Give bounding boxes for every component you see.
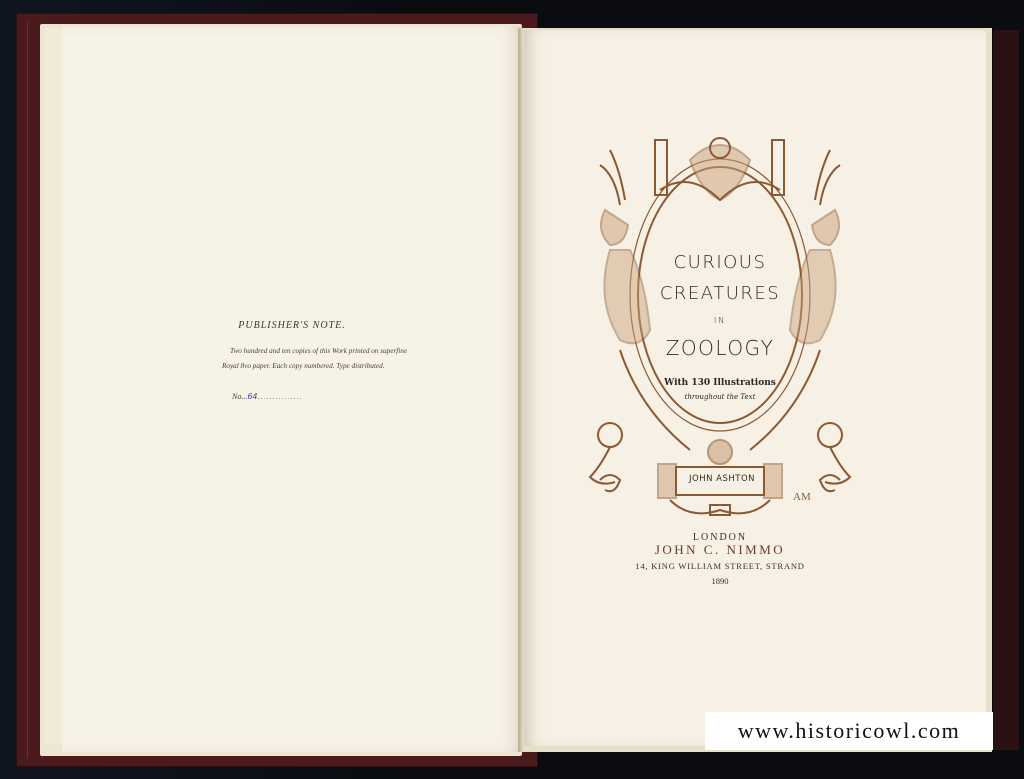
book-cover-right [990, 30, 1019, 750]
copy-number-handwritten: 64 [247, 392, 257, 401]
publishers-note-line1: Two hundred and ten copies of this Work … [222, 344, 462, 359]
title-line-3: IN [640, 316, 800, 325]
imprint-address: 14, KING WILLIAM STREET, STRAND [600, 561, 840, 571]
imprint-publisher: JOHN C. NIMMO [600, 542, 840, 558]
copy-number-label: No... [232, 392, 247, 401]
watermark: www.historicowl.com [705, 712, 993, 750]
publishers-note-heading: PUBLISHER'S NOTE. [62, 320, 522, 331]
title-line-1: CURIOUS [640, 252, 800, 273]
publishers-note-line2: Royal 8vo paper. Each copy numbered. Typ… [222, 359, 462, 374]
left-page [62, 26, 522, 752]
copy-number-dots: ............... [258, 392, 303, 401]
author-name: JOHN ASHTON [676, 474, 768, 484]
subtitle-line-1: With 130 Illustrations [640, 378, 800, 388]
flyleaf [44, 28, 63, 744]
title-line-2: CREATURES [640, 283, 800, 304]
title-line-4: ZOOLOGY [640, 336, 800, 360]
copy-number: No...64............... [232, 392, 303, 401]
artist-monogram: AM [793, 491, 811, 503]
book-gutter [518, 28, 524, 752]
subtitle-line-2: throughout the Text [640, 393, 800, 401]
imprint-year: 1890 [600, 576, 840, 586]
publishers-note-text: Two hundred and ten copies of this Work … [222, 344, 462, 374]
